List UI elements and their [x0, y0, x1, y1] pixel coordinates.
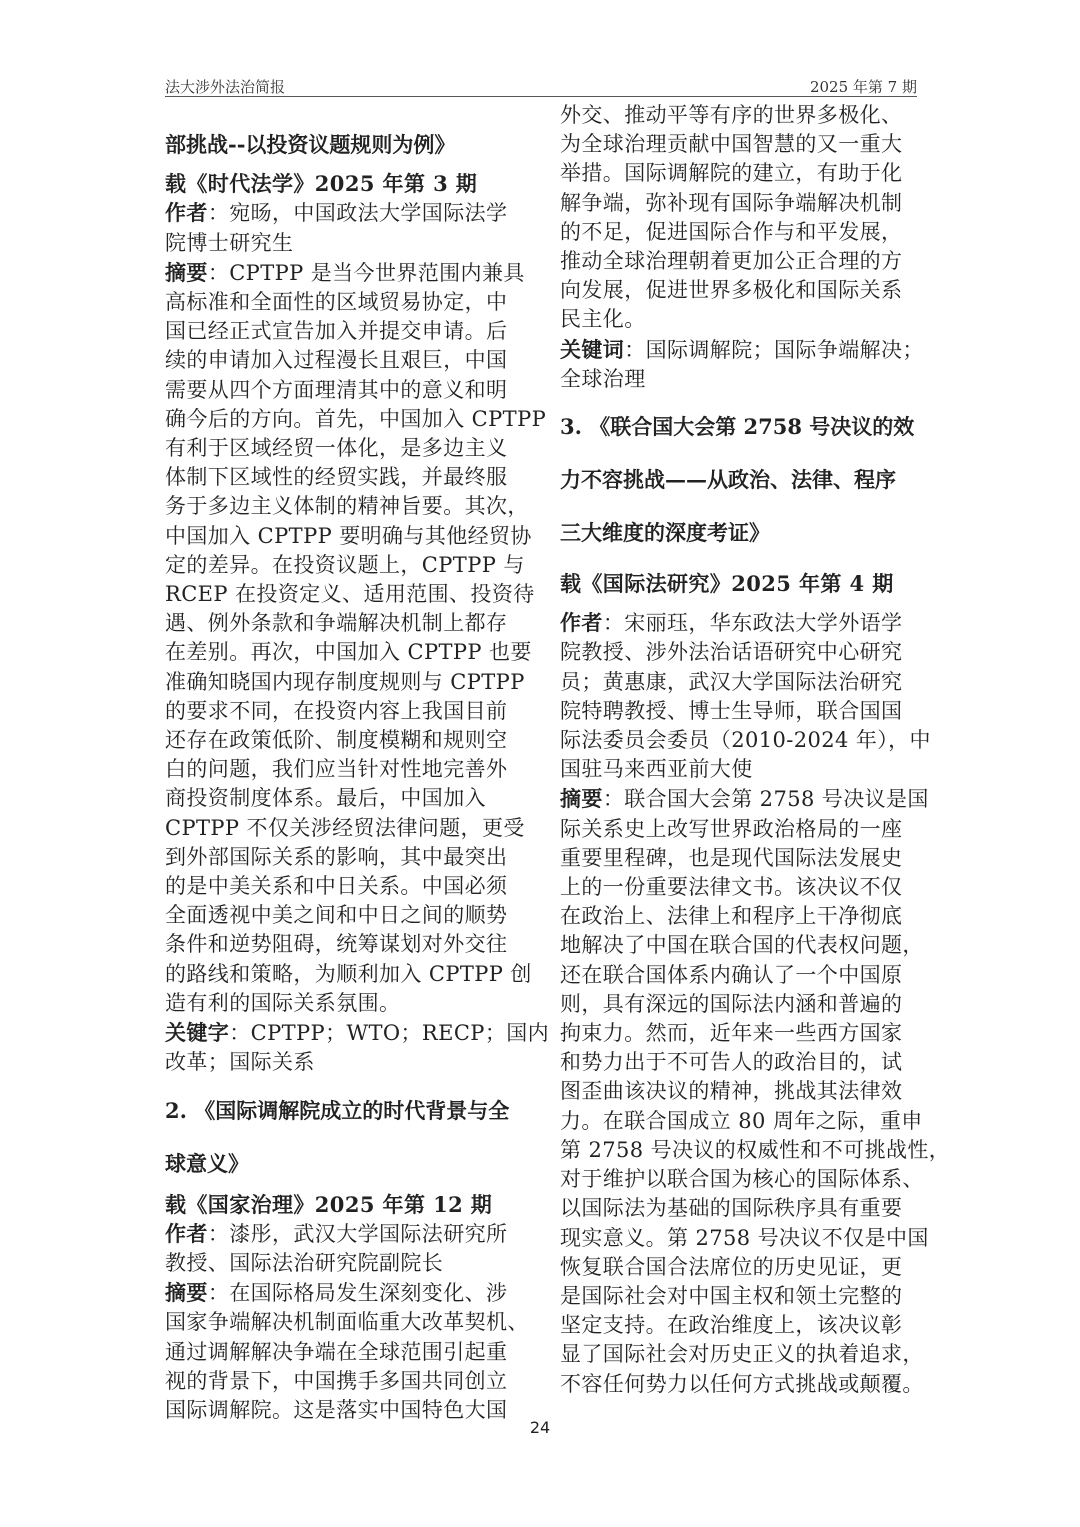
abstract-text: 重要里程碑，也是现代国际法发展史 [560, 844, 917, 873]
abstract-text: 在政治上、法律上和程序上干净彻底 [560, 902, 917, 931]
abstract-text: 到外部国际关系的影响，其中最突出 [165, 843, 522, 872]
abstract-text: 还在联合国体系内确认了一个中国原 [560, 961, 917, 990]
right-column: 外交、推动平等有序的世界多极化、 为全球治理贡献中国智慧的又一重大 举措。国际调… [560, 101, 917, 1399]
abstract-text: 对于维护以联合国为核心的国际体系、 [560, 1165, 917, 1194]
author-text: ：漆彤，武汉大学国际法研究所 [208, 1222, 508, 1246]
running-header: 法大涉外法治简报 2025 年第 7 期 [165, 76, 917, 97]
abstract-text: 国已经正式宣告加入并提交申请。后 [165, 317, 522, 346]
abstract-text: 条件和逆势阻碍，统筹谋划对外交往 [165, 930, 522, 959]
abstract-text: 造有利的国际关系氛围。 [165, 989, 522, 1018]
article-keywords: 关键字：CPTPP；WTO；RECP；国内 改革；国际关系 [165, 1018, 522, 1077]
abstract-label: 摘要 [165, 1280, 208, 1305]
abstract-text: 民主化。 [560, 305, 917, 334]
article-title: 2. 《国际调解院成立的时代背景与全 球意义》 [165, 1084, 522, 1190]
abstract-text: 定的差异。在投资议题上，CPTPP 与 [165, 551, 522, 580]
abstract-text: 准确知晓国内现存制度规则与 CPTPP [165, 668, 522, 697]
abstract-text: 向发展，促进世界多极化和国际关系 [560, 276, 917, 305]
title-line: 力不容挑战——从政治、法律、程序 [560, 453, 917, 506]
article-authors: 作者：宛旸，中国政法大学国际法学 院博士研究生 [165, 198, 522, 257]
article-source: 载《时代法学》2025 年第 3 期 [165, 169, 522, 198]
abstract-text: 解争端，弥补现有国际争端解决机制 [560, 189, 917, 218]
abstract-text: 为全球治理贡献中国智慧的又一重大 [560, 130, 917, 159]
left-column: 部挑战--以投资议题规则为例》 载《时代法学》2025 年第 3 期 作者：宛旸… [165, 130, 522, 1425]
abstract-text: 拘束力。然而，近年来一些西方国家 [560, 1019, 917, 1048]
abstract-text: 恢复联合国合法席位的历史见证，更 [560, 1253, 917, 1282]
article-source: 载《国家治理》2025 年第 12 期 [165, 1190, 522, 1219]
article-abstract: 摘要：CPTPP 是当今世界范围内兼具 高标准和全面性的区域贸易协定，中 国已经… [165, 258, 522, 1018]
article-authors: 作者：漆彤，武汉大学国际法研究所 教授、国际法治研究院副院长 [165, 1219, 522, 1278]
title-line: 3. 《联合国大会第 2758 号决议的效 [560, 400, 917, 453]
abstract-text: 显了国际社会对历史正义的执着追求， [560, 1340, 917, 1369]
keywords-label: 关键词 [560, 337, 624, 362]
keywords-text: 全球治理 [560, 365, 917, 394]
article-source: 载《国际法研究》2025 年第 4 期 [560, 569, 917, 598]
abstract-text: 遇、例外条款和争端解决机制上都存 [165, 609, 522, 638]
abstract-text: 不容任何势力以任何方式挑战或颠覆。 [560, 1370, 917, 1399]
author-text: 院特聘教授、博士生导师，联合国国 [560, 697, 917, 726]
author-text: 院教授、涉外法治话语研究中心研究 [560, 638, 917, 667]
title-line: 2. 《国际调解院成立的时代背景与全 [165, 1084, 522, 1137]
abstract-text: 第 2758 号决议的权威性和不可挑战性， [560, 1136, 917, 1165]
abstract-text: 坚定支持。在政治维度上，该决议彰 [560, 1311, 917, 1340]
abstract-text: 续的申请加入过程漫长且艰巨，中国 [165, 346, 522, 375]
author-text: 员；黄惠康，武汉大学国际法治研究 [560, 668, 917, 697]
abstract-text: 和势力出于不可告人的政治目的，试 [560, 1048, 917, 1077]
article-title-continued: 部挑战--以投资议题规则为例》 [165, 130, 522, 159]
issue-number: 2025 年第 7 期 [810, 76, 917, 97]
abstract-text: CPTPP 不仅关涉经贸法律问题，更受 [165, 814, 522, 843]
author-text: ：宋丽珏，华东政法大学外语学 [603, 611, 903, 635]
abstract-text: ：联合国大会第 2758 号决议是国 [603, 787, 929, 811]
abstract-label: 摘要 [560, 786, 603, 811]
abstract-text: 白的问题，我们应当针对性地完善外 [165, 755, 522, 784]
abstract-text: ：在国际格局发生深刻变化、涉 [208, 1281, 508, 1305]
article-abstract: 摘要：联合国大会第 2758 号决议是国 际关系史上改写世界政治格局的一座 重要… [560, 784, 917, 1398]
abstract-text: 需要从四个方面理清其中的意义和明 [165, 376, 522, 405]
abstract-text: 中国加入 CPTPP 要明确与其他经贸协 [165, 522, 522, 551]
author-text: 国驻马来西亚前大使 [560, 755, 917, 784]
author-label: 作者 [165, 200, 208, 225]
keywords-text: 改革；国际关系 [165, 1048, 522, 1077]
author-text: ：宛旸，中国政法大学国际法学 [208, 201, 508, 225]
abstract-text: ：CPTPP 是当今世界范围内兼具 [208, 261, 525, 285]
abstract-text: 推动全球治理朝着更加公正合理的方 [560, 247, 917, 276]
abstract-text: 有利于区域经贸一体化，是多边主义 [165, 434, 522, 463]
abstract-text: 国家争端解决机制面临重大改革契机、 [165, 1308, 522, 1337]
abstract-text: 通过调解解决争端在全球范围引起重 [165, 1338, 522, 1367]
abstract-text: 则，具有深远的国际法内涵和普遍的 [560, 990, 917, 1019]
keywords-text: ：CPTPP；WTO；RECP；国内 [229, 1021, 549, 1045]
abstract-text: RCEP 在投资定义、适用范围、投资待 [165, 580, 522, 609]
abstract-text: 是国际社会对中国主权和领土完整的 [560, 1282, 917, 1311]
article-authors: 作者：宋丽珏，华东政法大学外语学 院教授、涉外法治话语研究中心研究 员；黄惠康，… [560, 608, 917, 784]
abstract-text: 商投资制度体系。最后，中国加入 [165, 784, 522, 813]
abstract-text: 地解决了中国在联合国的代表权问题， [560, 931, 917, 960]
article-abstract-continued: 外交、推动平等有序的世界多极化、 为全球治理贡献中国智慧的又一重大 举措。国际调… [560, 101, 917, 335]
author-label: 作者 [560, 610, 603, 635]
title-line: 三大维度的深度考证》 [560, 506, 917, 559]
abstract-text: 际关系史上改写世界政治格局的一座 [560, 815, 917, 844]
abstract-text: 外交、推动平等有序的世界多极化、 [560, 101, 917, 130]
abstract-text: 现实意义。第 2758 号决议不仅是中国 [560, 1224, 917, 1253]
author-text: 教授、国际法治研究院副院长 [165, 1249, 522, 1278]
author-text: 院博士研究生 [165, 229, 522, 258]
abstract-text: 全面透视中美之间和中日之间的顺势 [165, 901, 522, 930]
abstract-label: 摘要 [165, 260, 208, 285]
author-label: 作者 [165, 1221, 208, 1246]
abstract-text: 高标准和全面性的区域贸易协定，中 [165, 288, 522, 317]
abstract-text: 确今后的方向。首先，中国加入 CPTPP [165, 405, 522, 434]
title-line: 球意义》 [165, 1137, 522, 1190]
abstract-text: 的是中美关系和中日关系。中国必须 [165, 872, 522, 901]
abstract-text: 以国际法为基础的国际秩序具有重要 [560, 1194, 917, 1223]
abstract-text: 务于多边主义体制的精神旨要。其次， [165, 492, 522, 521]
abstract-text: 的要求不同，在投资内容上我国目前 [165, 697, 522, 726]
abstract-text: 体制下区域性的经贸实践，并最终服 [165, 463, 522, 492]
abstract-text: 在差别。再次，中国加入 CPTPP 也要 [165, 638, 522, 667]
abstract-text: 的路线和策略，为顺利加入 CPTPP 创 [165, 960, 522, 989]
page-number: 24 [0, 1418, 1080, 1437]
abstract-text: 还存在政策低阶、制度模糊和规则空 [165, 726, 522, 755]
abstract-text: 举措。国际调解院的建立，有助于化 [560, 159, 917, 188]
keywords-label: 关键字 [165, 1020, 229, 1045]
abstract-text: 的不足，促进国际合作与和平发展， [560, 218, 917, 247]
abstract-text: 图歪曲该决议的精神，挑战其法律效 [560, 1077, 917, 1106]
publication-name: 法大涉外法治简报 [165, 76, 285, 97]
keywords-text: ：国际调解院；国际争端解决； [624, 338, 924, 362]
abstract-text: 上的一份重要法律文书。该决议不仅 [560, 873, 917, 902]
article-title: 3. 《联合国大会第 2758 号决议的效 力不容挑战——从政治、法律、程序 三… [560, 400, 917, 559]
author-text: 际法委员会委员（2010-2024 年），中 [560, 726, 917, 755]
article-abstract: 摘要：在国际格局发生深刻变化、涉 国家争端解决机制面临重大改革契机、 通过调解解… [165, 1278, 522, 1425]
article-keywords: 关键词：国际调解院；国际争端解决； 全球治理 [560, 335, 917, 394]
abstract-text: 视的背景下，中国携手多国共同创立 [165, 1367, 522, 1396]
abstract-text: 力。在联合国成立 80 周年之际，重申 [560, 1107, 917, 1136]
